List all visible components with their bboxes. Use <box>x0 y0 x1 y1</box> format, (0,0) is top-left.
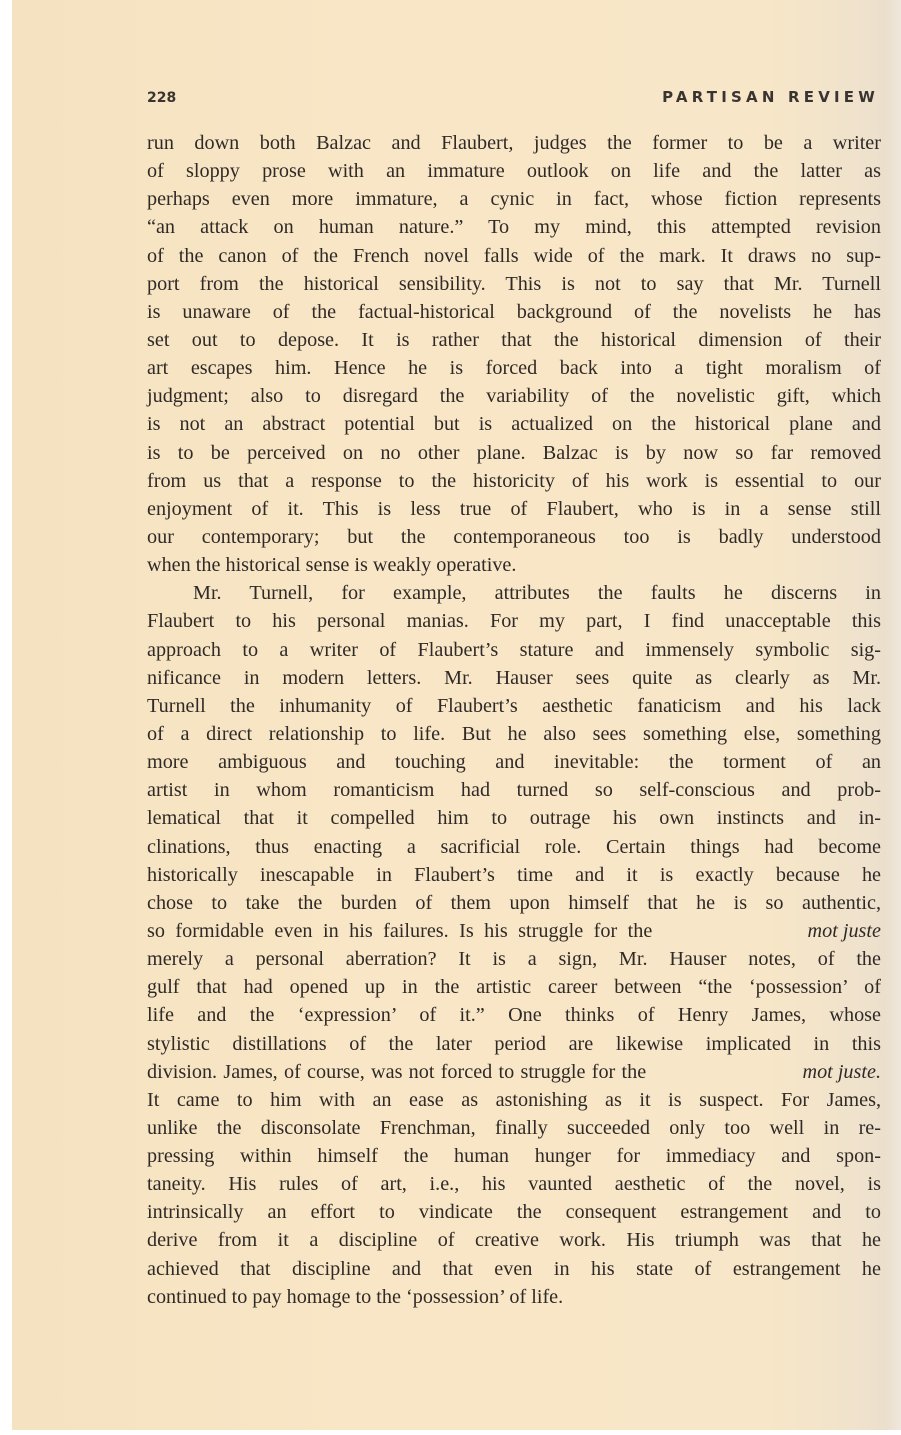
book-page: 228 PARTISAN REVIEW run down both Balzac… <box>12 0 901 1430</box>
running-head: 228 PARTISAN REVIEW <box>147 88 879 110</box>
italic-phrase: mot juste. <box>802 1058 881 1086</box>
text-line: artist in whom romanticism had turned so… <box>147 776 881 804</box>
text-line: pressing within himself the human hunger… <box>147 1142 881 1170</box>
text-line: enjoyment of it. This is less true of Fl… <box>147 495 881 523</box>
text-line: is unaware of the factual-historical bac… <box>147 298 881 326</box>
text-line: derive from it a discipline of creative … <box>147 1226 881 1254</box>
text-line-with-italic: division. James, of course, was not forc… <box>147 1058 881 1086</box>
italic-phrase: mot juste <box>808 917 881 945</box>
text-line: our contemporary; but the contemporaneou… <box>147 523 881 551</box>
text-line: nificance in modern letters. Mr. Hauser … <box>147 664 881 692</box>
text-line: unlike the disconsolate Frenchman, final… <box>147 1114 881 1142</box>
text-line: port from the historical sensibility. Th… <box>147 270 881 298</box>
text-line: “an attack on human nature.” To my mind,… <box>147 213 881 241</box>
text-line: more ambiguous and touching and inevitab… <box>147 748 881 776</box>
paragraph-2: Mr. Turnell, for example, attributes the… <box>147 579 881 1311</box>
text-line: It came to him with an ease as astonishi… <box>147 1086 881 1114</box>
text-line: perhaps even more immature, a cynic in f… <box>147 185 881 213</box>
text-line: approach to a writer of Flaubert’s statu… <box>147 636 881 664</box>
text-line: of sloppy prose with an immature outlook… <box>147 157 881 185</box>
text-line: merely a personal aberration? It is a si… <box>147 945 881 973</box>
text-line: Flaubert to his personal manias. For my … <box>147 607 881 635</box>
text-line: Mr. Turnell, for example, attributes the… <box>147 579 881 607</box>
text-line: from us that a response to the historici… <box>147 467 881 495</box>
text-line: is not an abstract potential but is actu… <box>147 410 881 438</box>
text-line: stylistic distillations of the later per… <box>147 1030 881 1058</box>
text-line: intrinsically an effort to vindicate the… <box>147 1198 881 1226</box>
text-line: art escapes him. Hence he is forced back… <box>147 354 881 382</box>
text-line: of a direct relationship to life. But he… <box>147 720 881 748</box>
paragraph-1: run down both Balzac and Flaubert, judge… <box>147 129 881 579</box>
text-line: chose to take the burden of them upon hi… <box>147 889 881 917</box>
text-line: lematical that it compelled him to outra… <box>147 804 881 832</box>
text-segment: so formidable even in his failures. Is h… <box>147 917 652 945</box>
text-line-with-italic: so formidable even in his failures. Is h… <box>147 917 881 945</box>
text-line: judgment; also to disregard the variabil… <box>147 382 881 410</box>
text-line: life and the ‘expression’ of it.” One th… <box>147 1001 881 1029</box>
text-line: achieved that discipline and that even i… <box>147 1255 881 1283</box>
text-line: historically inescapable in Flaubert’s t… <box>147 861 881 889</box>
text-line: gulf that had opened up in the artistic … <box>147 973 881 1001</box>
page-number: 228 <box>147 90 176 106</box>
text-line: Turnell the inhumanity of Flaubert’s aes… <box>147 692 881 720</box>
text-line: is to be perceived on no other plane. Ba… <box>147 439 881 467</box>
body-text: run down both Balzac and Flaubert, judge… <box>147 129 881 1311</box>
text-line: taneity. His rules of art, i.e., his vau… <box>147 1170 881 1198</box>
text-line: when the historical sense is weakly oper… <box>147 551 881 579</box>
text-line: run down both Balzac and Flaubert, judge… <box>147 129 881 157</box>
text-segment: division. James, of course, was not forc… <box>147 1058 646 1086</box>
text-line: clinations, thus enacting a sacrificial … <box>147 833 881 861</box>
text-line: of the canon of the French novel falls w… <box>147 242 881 270</box>
text-line: continued to pay homage to the ‘possessi… <box>147 1283 881 1311</box>
text-line: set out to depose. It is rather that the… <box>147 326 881 354</box>
journal-title: PARTISAN REVIEW <box>662 88 879 106</box>
